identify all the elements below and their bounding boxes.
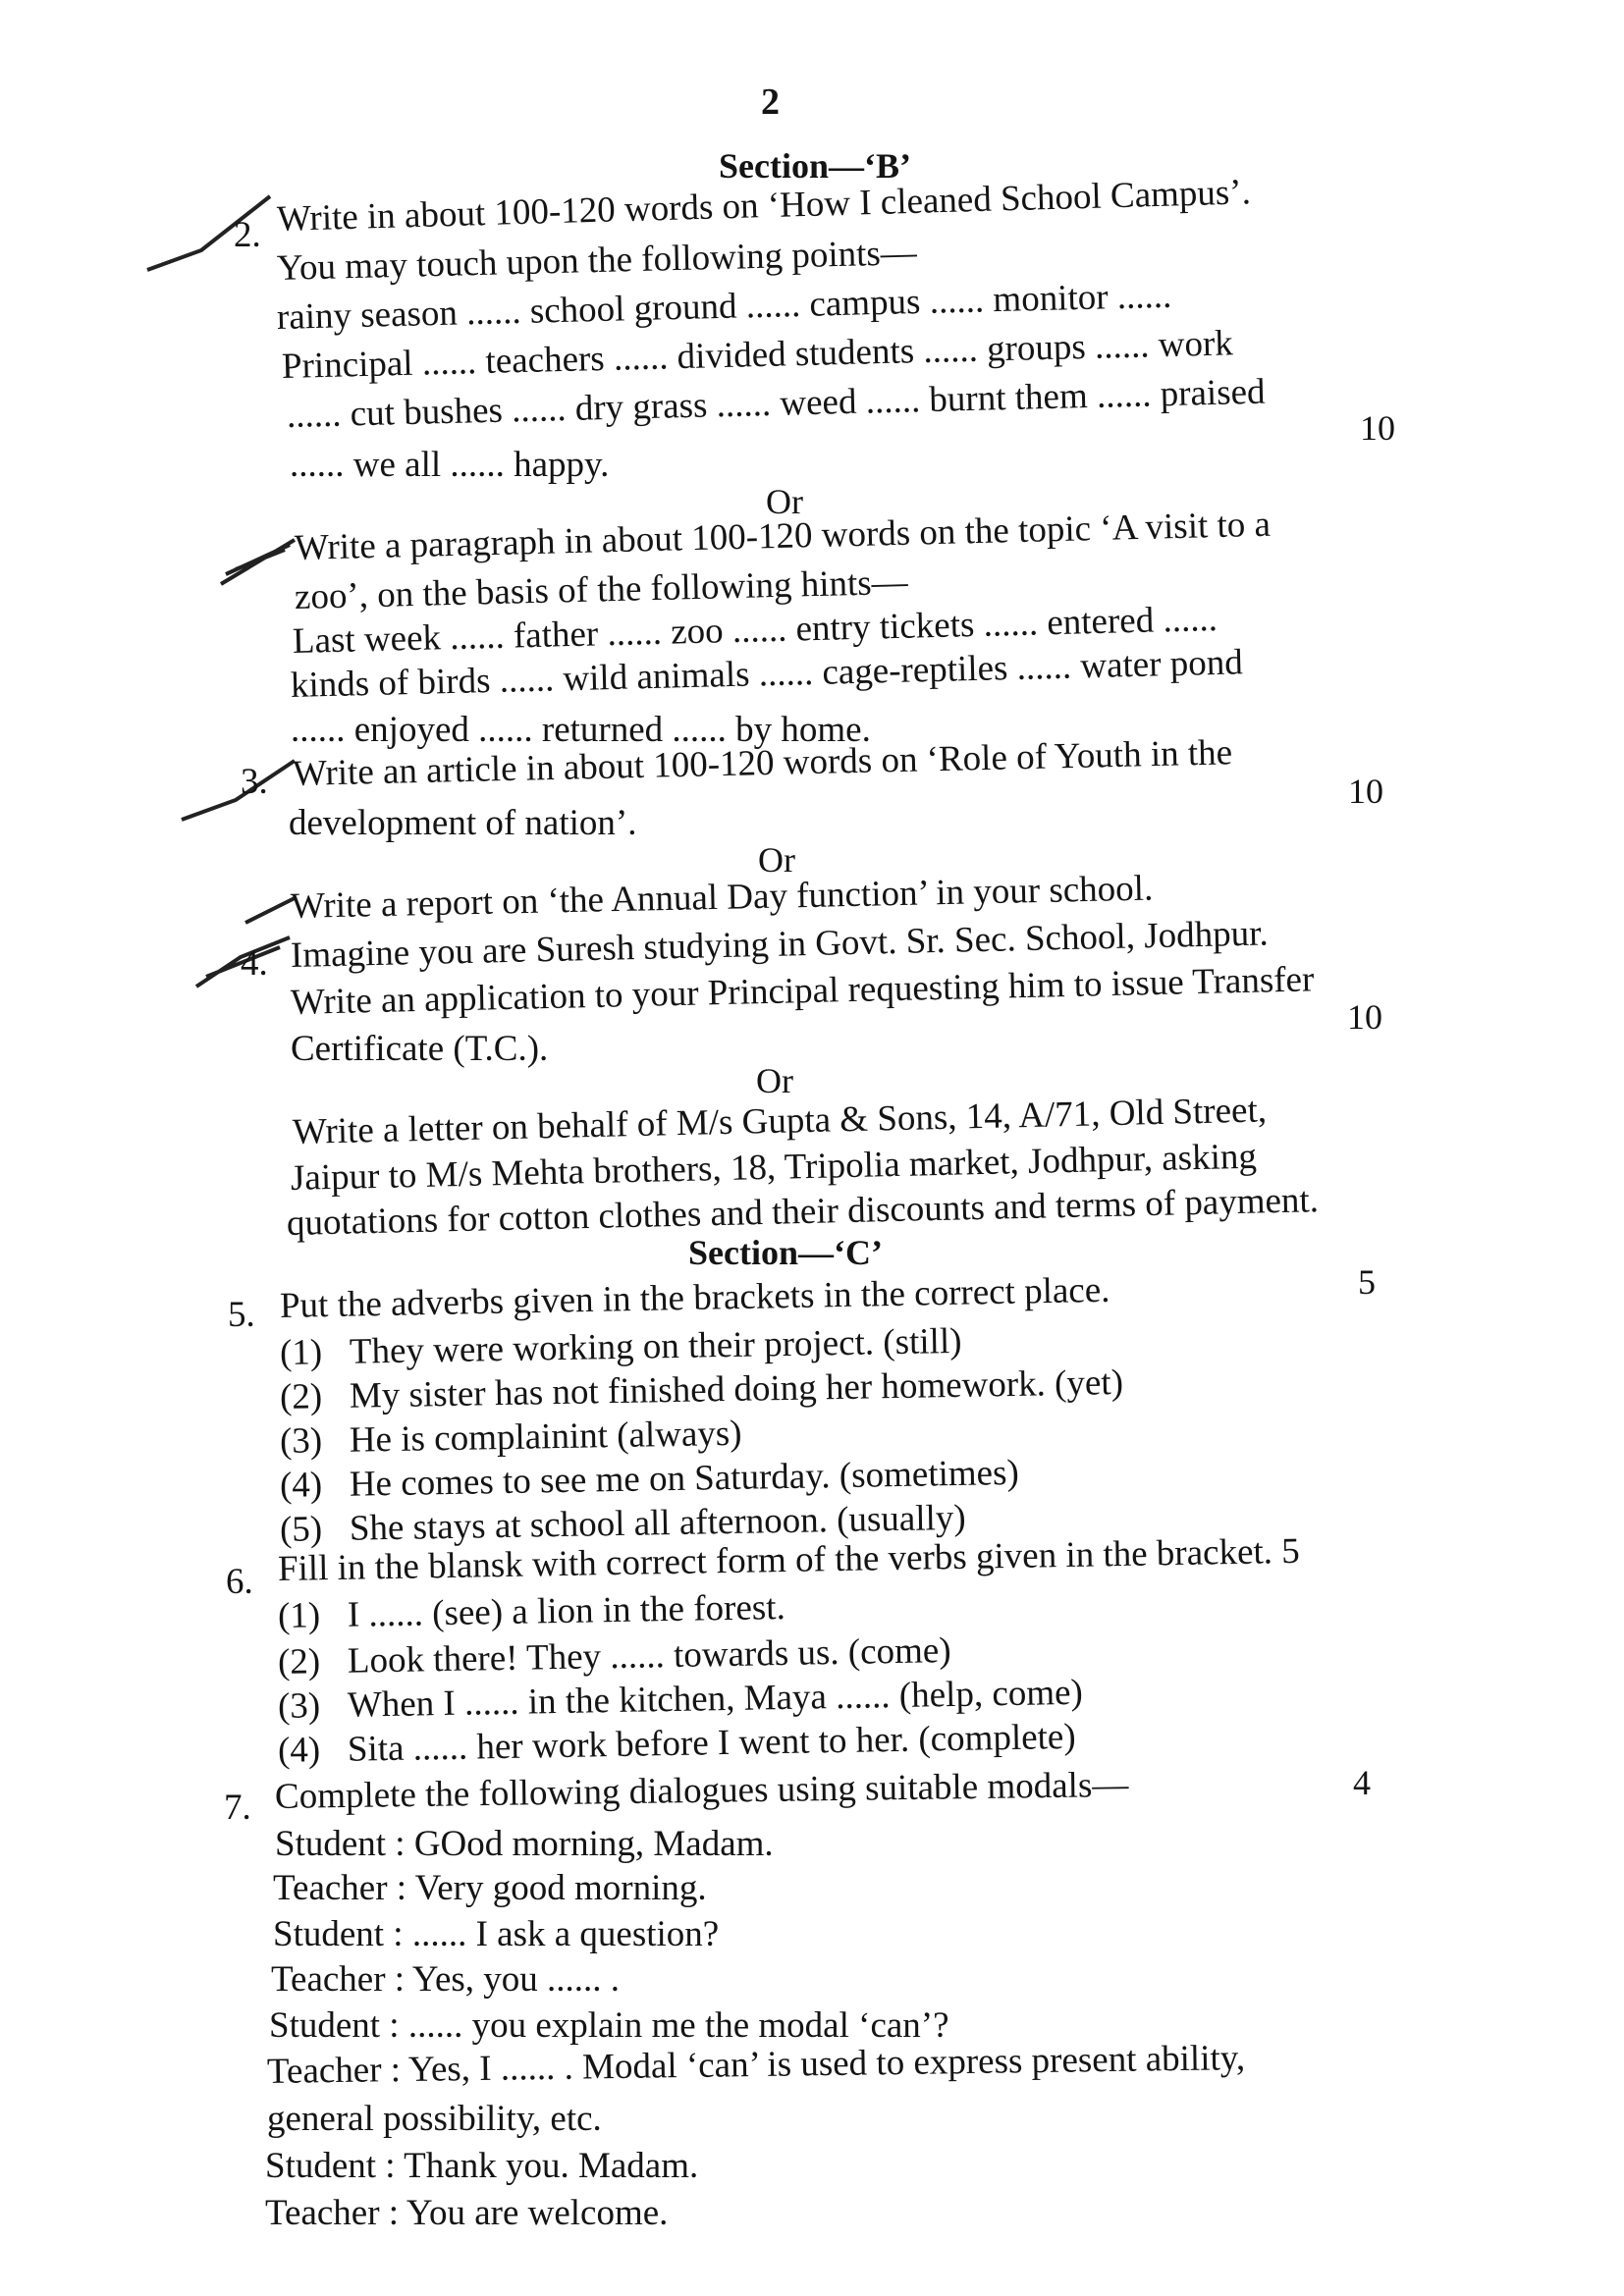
- question-number: 4.: [241, 942, 268, 985]
- q6-item: (4) Sita ...... her work before I went t…: [278, 1719, 1076, 1769]
- question-number: 7.: [224, 1787, 251, 1829]
- pen-tick-mark-icon: [216, 530, 304, 589]
- q2-line: ...... we all ...... happy.: [290, 447, 609, 483]
- q3-line: development of nation’.: [289, 805, 636, 841]
- dialogue-line: Student : GOod morning, Madam.: [275, 1826, 774, 1862]
- q5-item: (1) They were working on their project. …: [280, 1323, 962, 1371]
- q4-line: Certificate (T.C.).: [291, 1031, 548, 1067]
- marks: 10: [1360, 407, 1395, 449]
- q6-item: (1) I ...... (see) a lion in the forest.: [278, 1589, 785, 1634]
- q5-item: (3) He is complainint (always): [280, 1415, 742, 1460]
- item-number: (2): [280, 1376, 323, 1417]
- or-separator: Or: [756, 1060, 793, 1101]
- q5-item: (2) My sister has not finished doing her…: [280, 1364, 1124, 1415]
- question-number: 6.: [226, 1561, 253, 1603]
- item-number: (1): [280, 1332, 323, 1373]
- item-text: They were working on their project. (sti…: [350, 1321, 962, 1372]
- page-number: 2: [761, 80, 780, 124]
- section-b-title: Section—‘B’: [668, 145, 962, 187]
- marks: 4: [1353, 1762, 1371, 1803]
- q2-line: You may touch upon the following points—: [277, 235, 918, 287]
- item-text: Sita ...... her work before I went to he…: [348, 1717, 1076, 1770]
- marks: 10: [1348, 771, 1383, 812]
- item-text: He is complainint (always): [350, 1414, 742, 1461]
- dialogue-line: general possibility, etc.: [267, 2101, 602, 2137]
- item-number: (1): [278, 1595, 321, 1636]
- q3-alt-line: Write a report on ‘the Annual Day functi…: [291, 871, 1154, 925]
- dialogue-line: Teacher : Yes, I ...... . Modal ‘can’ is…: [267, 2040, 1246, 2090]
- item-text: I ...... (see) a lion in the forest.: [348, 1587, 786, 1635]
- or-separator: Or: [758, 839, 795, 881]
- item-number: (4): [280, 1465, 323, 1506]
- item-number: (3): [280, 1420, 323, 1462]
- q6-item: (3) When I ...... in the kitchen, Maya .…: [278, 1675, 1083, 1725]
- item-text: He comes to see me on Saturday. (sometim…: [350, 1453, 1020, 1505]
- item-number: (4): [278, 1730, 321, 1771]
- dialogue-line: Teacher : You are welcome.: [265, 2195, 668, 2231]
- item-number: (5): [280, 1509, 323, 1550]
- dialogue-line: Student : Thank you. Madam.: [265, 2148, 698, 2184]
- question-number: 2.: [234, 214, 261, 256]
- dialogue-line: Student : ...... I ask a question?: [273, 1916, 719, 1952]
- dialogue-line: Teacher : Yes, you ...... .: [271, 1961, 620, 1998]
- q2-line: rainy season ...... school ground ......…: [277, 278, 1172, 336]
- q6-item: (2) Look there! They ...... towards us. …: [278, 1632, 951, 1681]
- dialogue-line: Teacher : Very good morning.: [273, 1870, 707, 1906]
- exam-page: 2 Section—‘B’ 2. Write in about 100-120 …: [0, 0, 1624, 2296]
- item-number: (2): [278, 1641, 321, 1682]
- item-text: Look there! They ...... towards us. (com…: [348, 1630, 951, 1682]
- q2-alt-line: Write a paragraph in about 100-120 words…: [295, 507, 1272, 566]
- marks: 10: [1347, 996, 1382, 1038]
- q7-text: Complete the following dialogues using s…: [275, 1767, 1129, 1815]
- item-number: (3): [278, 1685, 321, 1727]
- question-number: 5.: [228, 1294, 255, 1336]
- question-number: 3.: [241, 761, 268, 803]
- dialogue-line: Student : ...... you explain me the moda…: [269, 2007, 949, 2044]
- q5-item: (4) He comes to see me on Saturday. (som…: [280, 1455, 1019, 1504]
- item-text: My sister has not finished doing her hom…: [350, 1362, 1124, 1416]
- marks: 5: [1358, 1261, 1376, 1303]
- section-c-title: Section—‘C’: [638, 1232, 933, 1273]
- q5-text: Put the adverbs given in the brackets in…: [280, 1272, 1110, 1324]
